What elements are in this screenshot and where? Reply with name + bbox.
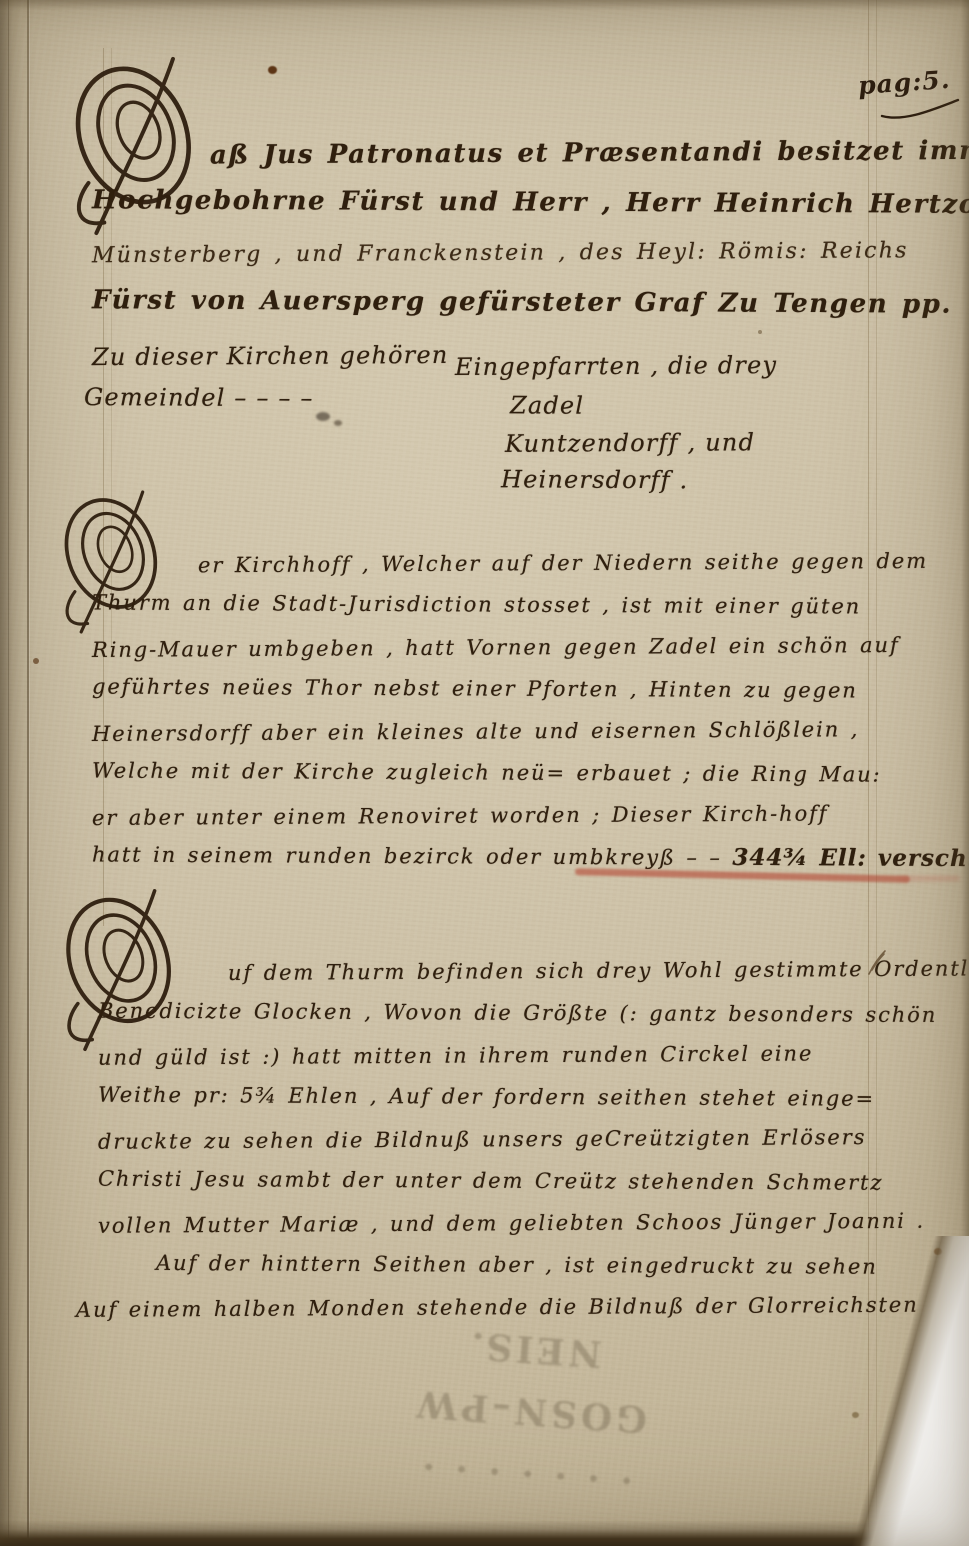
bleedthrough-stamp: · · · · · · · GOSN–PW NEIS. bbox=[324, 1304, 736, 1517]
gutter-crease bbox=[8, 0, 9, 1546]
manuscript-line: druckte zu sehen die Bildnuß unsers geCr… bbox=[98, 1115, 969, 1163]
manuscript-line: Welche mit der Kirche zugleich neü= erba… bbox=[92, 749, 969, 796]
manuscript-line: Münsterberg , und Franckenstein , des He… bbox=[92, 225, 969, 281]
ink-smudge bbox=[334, 420, 342, 426]
ink-speck bbox=[148, 1088, 152, 1092]
manuscript-line: aß Jus Patronatus et Præsentandi besitze… bbox=[92, 125, 969, 181]
manuscript-scan: pag:5. aß Jus Patronatus et Præsentandi … bbox=[0, 0, 969, 1546]
manuscript-line: Auf der hinttern Seithen aber , ist eing… bbox=[98, 1242, 969, 1289]
circumference-measure: 344¾ Ell: versch: Maß. bbox=[732, 844, 969, 873]
marginal-quill-mark bbox=[866, 948, 888, 978]
manuscript-line: er Kirchhoff , Welcher auf der Niedern s… bbox=[92, 539, 969, 587]
manuscript-line: Fürst von Auersperg gefürsteter Graf Zu … bbox=[92, 275, 969, 331]
line-text: hatt in seinem runden bezirck oder umbkr… bbox=[92, 842, 733, 869]
manuscript-line: Zu dieser Kirchen gehören bbox=[92, 341, 449, 371]
page-number-swash bbox=[880, 96, 960, 122]
red-chalk-underline-tail bbox=[900, 876, 960, 881]
manuscript-line: und güld ist :) hatt mitten in ihrem run… bbox=[98, 1031, 969, 1079]
manuscript-line: vollen Mutter Mariæ , und dem geliebten … bbox=[98, 1199, 969, 1247]
manuscript-line: Gemeindel – – – – bbox=[84, 383, 449, 413]
manuscript-line: Weithe pr: 5¾ Ehlen , Auf der fordern se… bbox=[98, 1074, 969, 1121]
manuscript-line: Hochgebohrne Fürst und Herr , Herr Heinr… bbox=[92, 175, 969, 231]
parish-note-left: Zu dieser Kirchen gehören Gemeindel – – … bbox=[92, 342, 449, 412]
manuscript-line: Eingepfarrten , die drey bbox=[455, 351, 777, 381]
manuscript-line: Benedicizte Glocken , Wovon die Größte (… bbox=[98, 990, 969, 1037]
page-edge-bottom bbox=[0, 1520, 969, 1546]
village-name: Zadel bbox=[510, 391, 777, 420]
manuscript-line: Christi Jesu sambt der unter dem Creütz … bbox=[98, 1158, 969, 1205]
churchyard-paragraph: er Kirchhoff , Welcher auf der Niedern s… bbox=[92, 542, 969, 878]
ink-speck bbox=[758, 330, 762, 334]
binding-gutter-shadow bbox=[0, 0, 36, 1546]
village-name: Kuntzendorff , und bbox=[505, 428, 777, 458]
page-edge-top bbox=[0, 0, 969, 10]
gutter-crease bbox=[27, 0, 29, 1546]
manuscript-line: uf dem Thurm befinden sich drey Wohl ges… bbox=[98, 947, 969, 995]
manuscript-line: Ring-Mauer umbgeben , hatt Vornen gegen … bbox=[92, 623, 969, 671]
ink-smudge bbox=[316, 412, 330, 421]
manuscript-line: geführtes neües Thor nebst einer Pforten… bbox=[92, 665, 969, 712]
intro-paragraph: aß Jus Patronatus et Præsentandi besitze… bbox=[92, 128, 969, 328]
parish-note-right: Eingepfarrten , die drey Zadel Kuntzendo… bbox=[455, 352, 777, 494]
manuscript-line: Thurm an die Stadt-Jurisdiction stosset … bbox=[92, 581, 969, 628]
village-name: Heinersdorff . bbox=[501, 465, 777, 494]
page-corner-cutout bbox=[849, 1236, 969, 1546]
ink-speck bbox=[268, 66, 277, 74]
manuscript-line: er aber unter einem Renoviret worden ; D… bbox=[92, 791, 969, 839]
manuscript-line: Heinersdorff aber ein kleines alte und e… bbox=[92, 707, 969, 755]
bells-paragraph: uf dem Thurm befinden sich drey Wohl ges… bbox=[98, 950, 969, 1328]
